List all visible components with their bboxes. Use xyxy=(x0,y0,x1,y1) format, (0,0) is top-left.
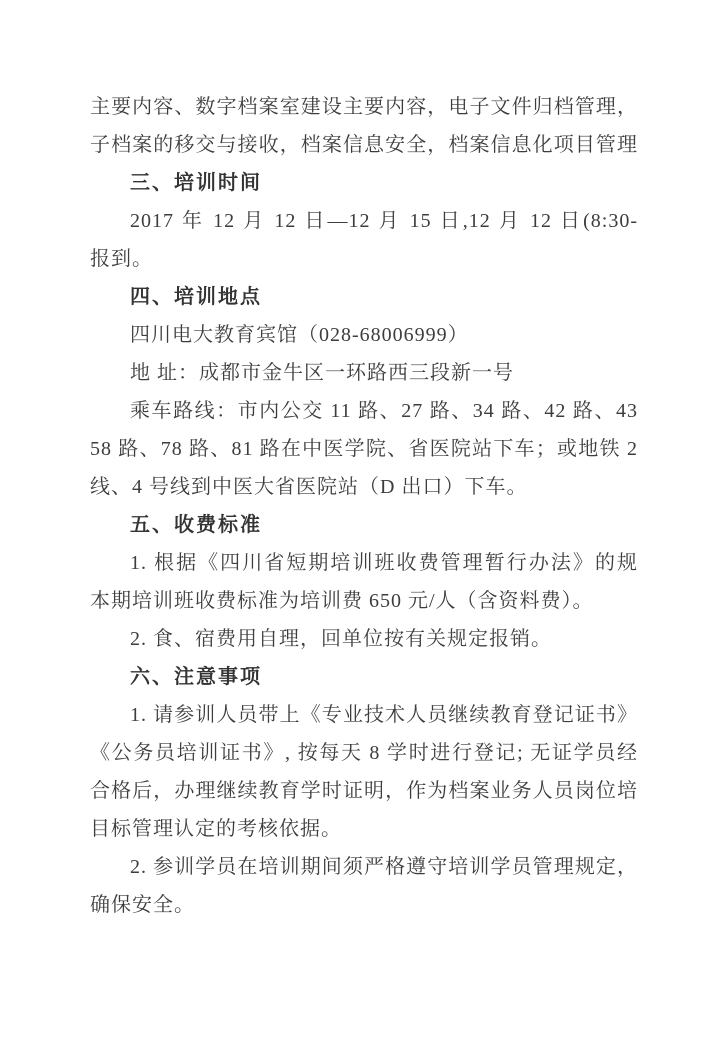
intro-line: 主要内容、数字档案室建设主要内容，电子文件归档管理，电 xyxy=(90,88,638,126)
section-notes: 六、注意事项 1. 请参训人员带上《专业技术人员继续教育登记证书》或 《公务员培… xyxy=(90,658,638,924)
body-line-bus-routes: 线、4 号线到中医大省医院站（D 出口）下车。 xyxy=(90,468,638,506)
body-line-fee: 2. 食、宿费用自理，回单位按有关规定报销。 xyxy=(90,620,638,658)
body-line-note: 2. 参训学员在培训期间须严格遵守培训学员管理规定，并 xyxy=(90,848,638,886)
body-line-fee: 本期培训班收费标准为培训费 650 元/人（含资料费）。 xyxy=(90,582,638,620)
body-line-bus-routes: 58 路、78 路、81 路在中医学院、省医院站下车；或地铁 2 号 xyxy=(90,430,638,468)
section-training-location: 四、培训地点 四川电大教育宾馆（028-68006999） 地 址：成都市金牛区… xyxy=(90,278,638,506)
intro-paragraph: 主要内容、数字档案室建设主要内容，电子文件归档管理，电 子档案的移交与接收，档案… xyxy=(90,88,638,164)
section-heading-training-location: 四、培训地点 xyxy=(90,278,638,316)
section-heading-fee-standard: 五、收费标准 xyxy=(90,506,638,544)
body-line-note: 1. 请参训人员带上《专业技术人员继续教育登记证书》或 xyxy=(90,696,638,734)
body-line-note: 确保安全。 xyxy=(90,886,638,924)
body-line: 报到。 xyxy=(90,240,638,278)
body-line: 2017 年 12 月 12 日—12 月 15 日,12 月 12 日(8:3… xyxy=(90,202,638,240)
intro-line: 子档案的移交与接收，档案信息安全，档案信息化项目管理等。 xyxy=(90,126,638,164)
section-training-time: 三、培训时间 2017 年 12 月 12 日—12 月 15 日,12 月 1… xyxy=(90,164,638,278)
section-heading-notes: 六、注意事项 xyxy=(90,658,638,696)
section-fee-standard: 五、收费标准 1. 根据《四川省短期培训班收费管理暂行办法》的规定， 本期培训班… xyxy=(90,506,638,658)
body-line-bus-routes: 乘车路线：市内公交 11 路、27 路、34 路、42 路、43 路、 xyxy=(90,392,638,430)
body-line-note: 《公务员培训证书》, 按每天 8 学时进行登记; 无证学员经培训 xyxy=(90,734,638,772)
body-line-venue: 四川电大教育宾馆（028-68006999） xyxy=(90,316,638,354)
body-line-fee: 1. 根据《四川省短期培训班收费管理暂行办法》的规定， xyxy=(90,544,638,582)
body-line-note: 合格后，办理继续教育学时证明，作为档案业务人员岗位培训、 xyxy=(90,772,638,810)
document-page: 主要内容、数字档案室建设主要内容，电子文件归档管理，电 子档案的移交与接收，档案… xyxy=(0,0,718,1046)
body-line-note: 目标管理认定的考核依据。 xyxy=(90,810,638,848)
section-heading-training-time: 三、培训时间 xyxy=(90,164,638,202)
body-line-address: 地 址：成都市金牛区一环路西三段新一号 xyxy=(90,354,638,392)
